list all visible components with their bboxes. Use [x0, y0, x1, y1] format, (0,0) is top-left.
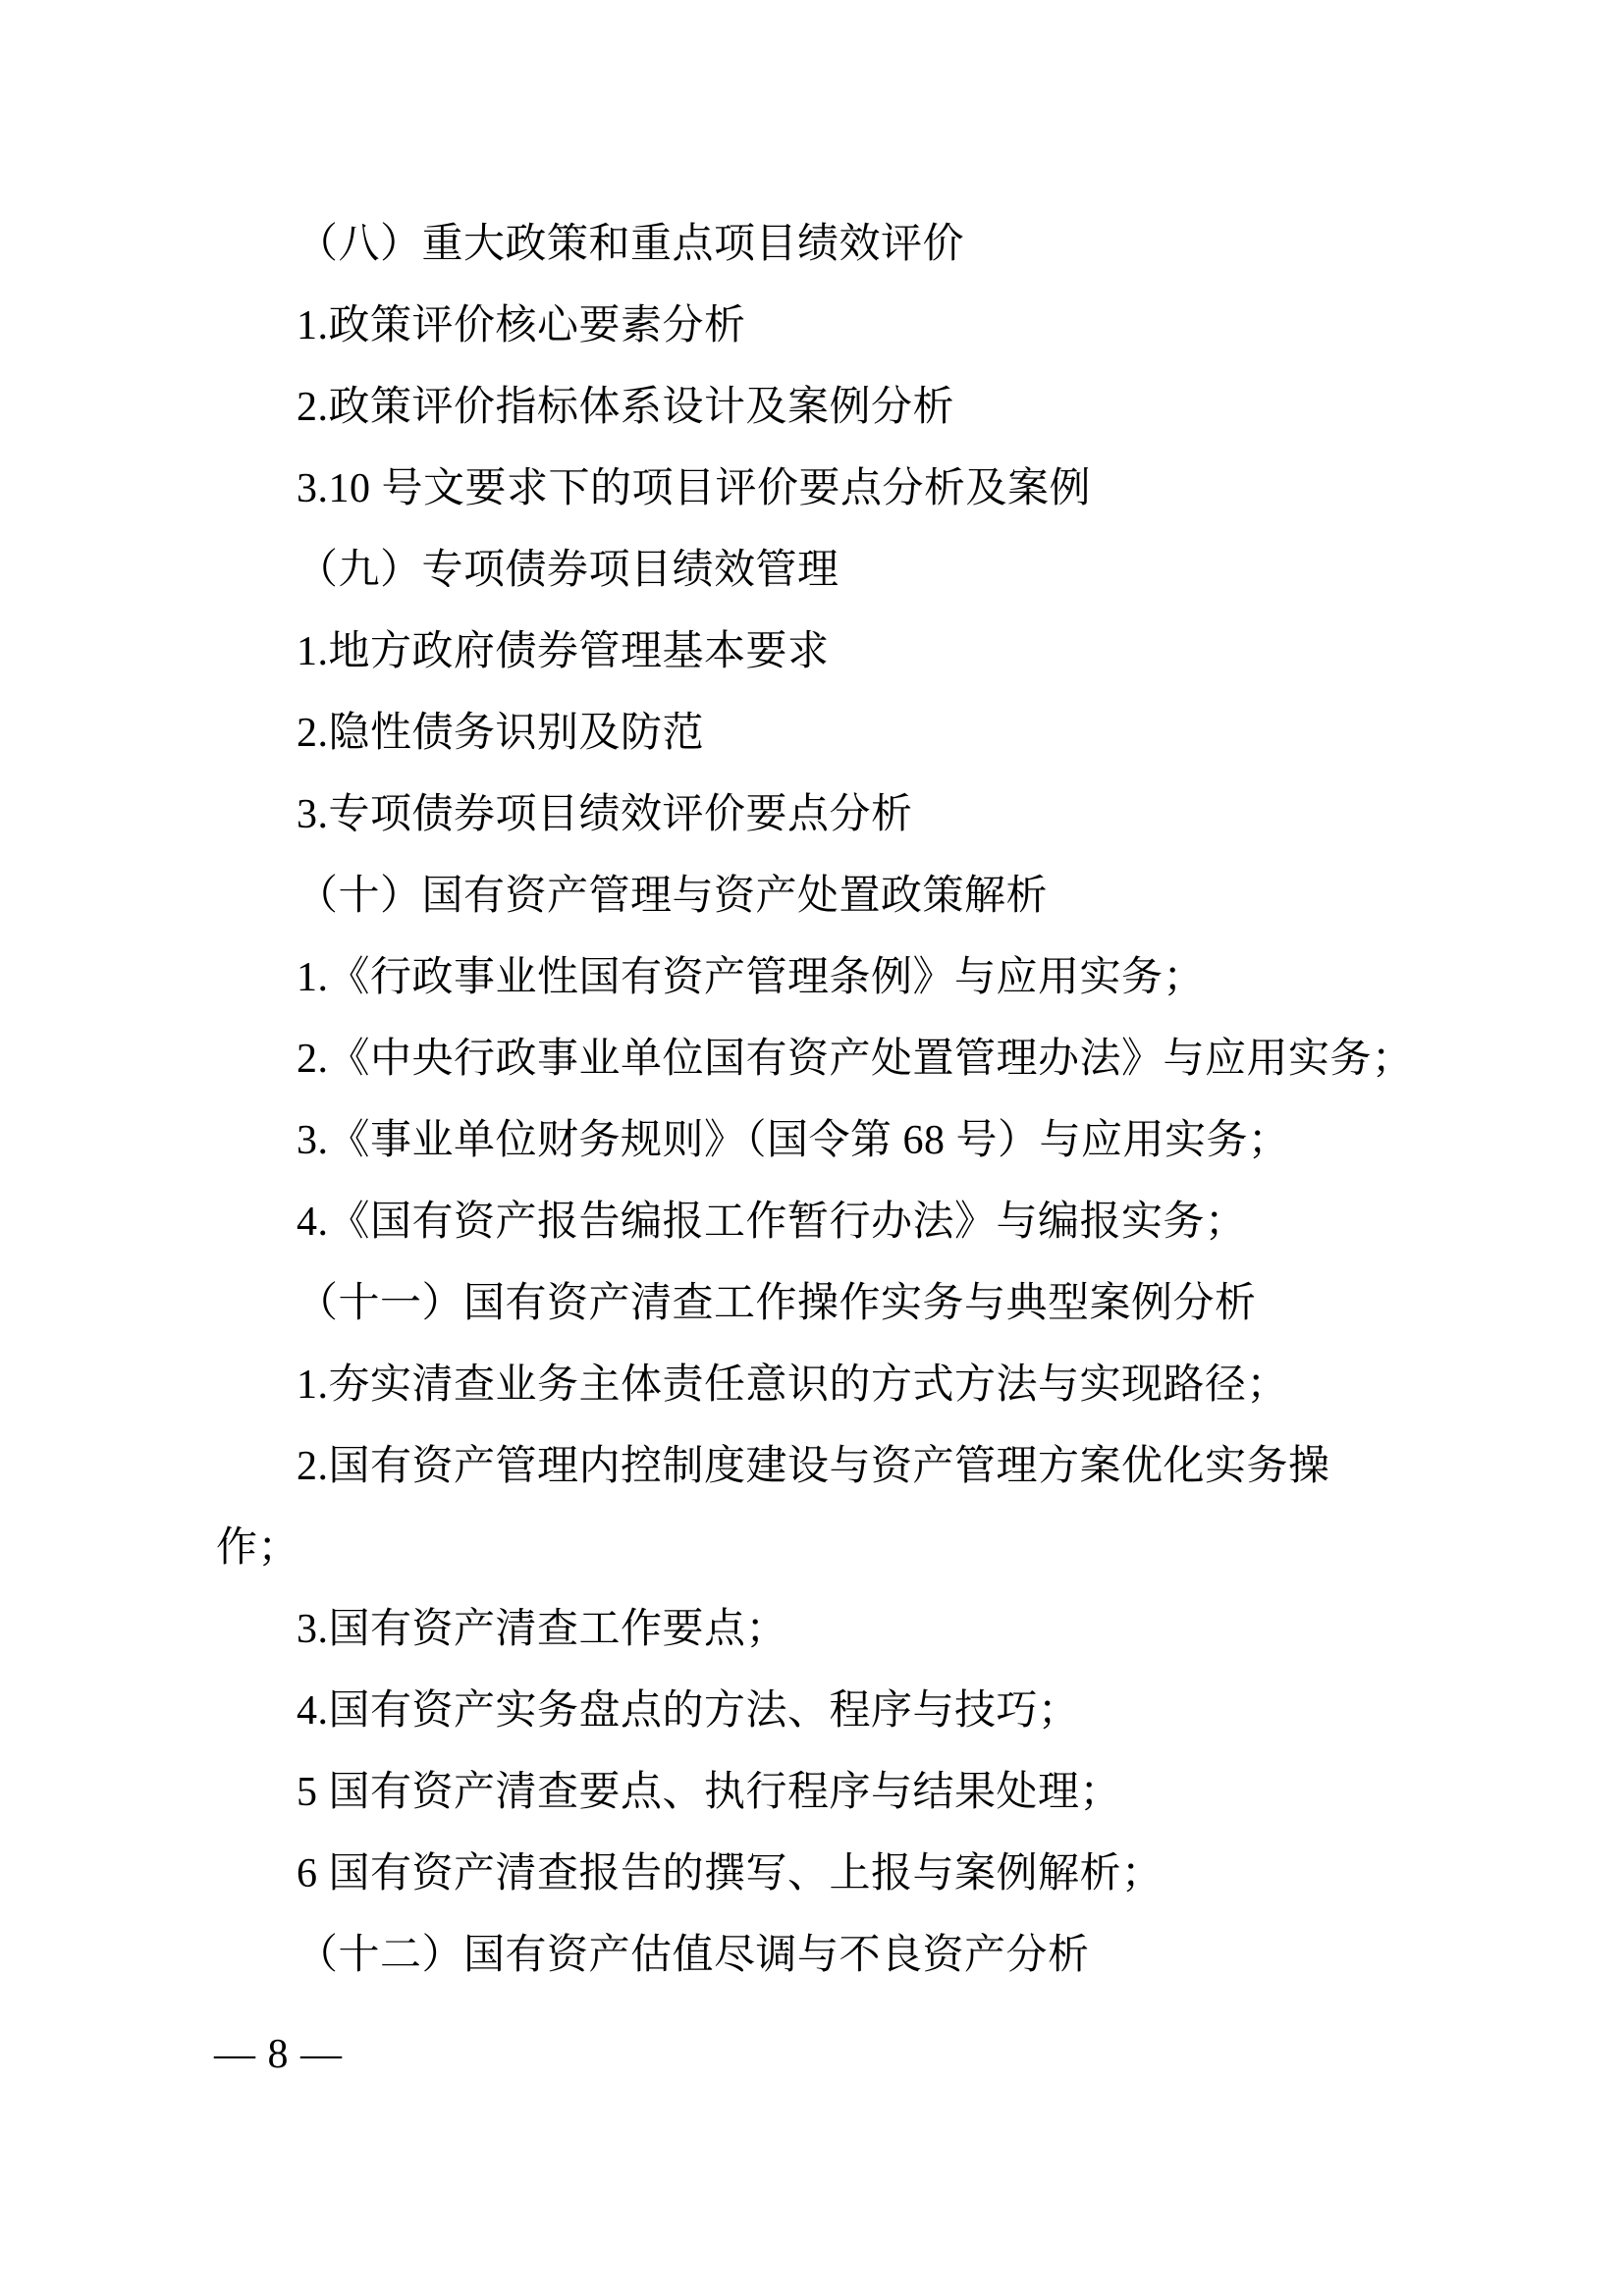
document-line: 6 国有资产清查报告的撰写、上报与案例解析； — [216, 1834, 1453, 1915]
document-line: 3.10 号文要求下的项目评价要点分析及案例 — [216, 449, 1453, 530]
document-line: 1.地方政府债券管理基本要求 — [216, 612, 1453, 693]
document-line: 3.《事业单位财务规则》（国令第 68 号）与应用实务； — [216, 1100, 1453, 1182]
document-line: （八）重大政策和重点项目绩效评价 — [216, 204, 1453, 286]
document-line: 4.国有资产实务盘点的方法、程序与技巧； — [216, 1671, 1453, 1752]
document-line: 2.国有资产管理内控制度建设与资产管理方案优化实务操 — [216, 1426, 1453, 1508]
document-line: 4.《国有资产报告编报工作暂行办法》与编报实务； — [216, 1182, 1453, 1263]
document-page: （八）重大政策和重点项目绩效评价1.政策评价核心要素分析2.政策评价指标体系设计… — [0, 0, 1624, 2296]
document-line: 1.夯实清查业务主体责任意识的方式方法与实现路径； — [216, 1345, 1453, 1426]
document-line: 1.政策评价核心要素分析 — [216, 286, 1453, 367]
document-line: 2.《中央行政事业单位国有资产处置管理办法》与应用实务； — [216, 1019, 1453, 1100]
document-line: 5 国有资产清查要点、执行程序与结果处理； — [216, 1752, 1453, 1834]
document-line: 2.政策评价指标体系设计及案例分析 — [216, 367, 1453, 449]
document-line: 3.专项债券项目绩效评价要点分析 — [216, 774, 1453, 856]
document-line: 3.国有资产清查工作要点； — [216, 1589, 1453, 1671]
document-line: 2.隐性债务识别及防范 — [216, 693, 1453, 774]
document-line: （十）国有资产管理与资产处置政策解析 — [216, 856, 1453, 937]
page-number: — 8 — — [214, 2028, 343, 2081]
document-body: （八）重大政策和重点项目绩效评价1.政策评价核心要素分析2.政策评价指标体系设计… — [216, 204, 1453, 1997]
document-line: （十一）国有资产清查工作操作实务与典型案例分析 — [216, 1263, 1453, 1345]
document-line: 作； — [216, 1508, 1453, 1589]
document-line: 1.《行政事业性国有资产管理条例》与应用实务； — [216, 937, 1453, 1019]
document-line: （十二）国有资产估值尽调与不良资产分析 — [216, 1915, 1453, 1997]
document-line: （九）专项债券项目绩效管理 — [216, 530, 1453, 612]
